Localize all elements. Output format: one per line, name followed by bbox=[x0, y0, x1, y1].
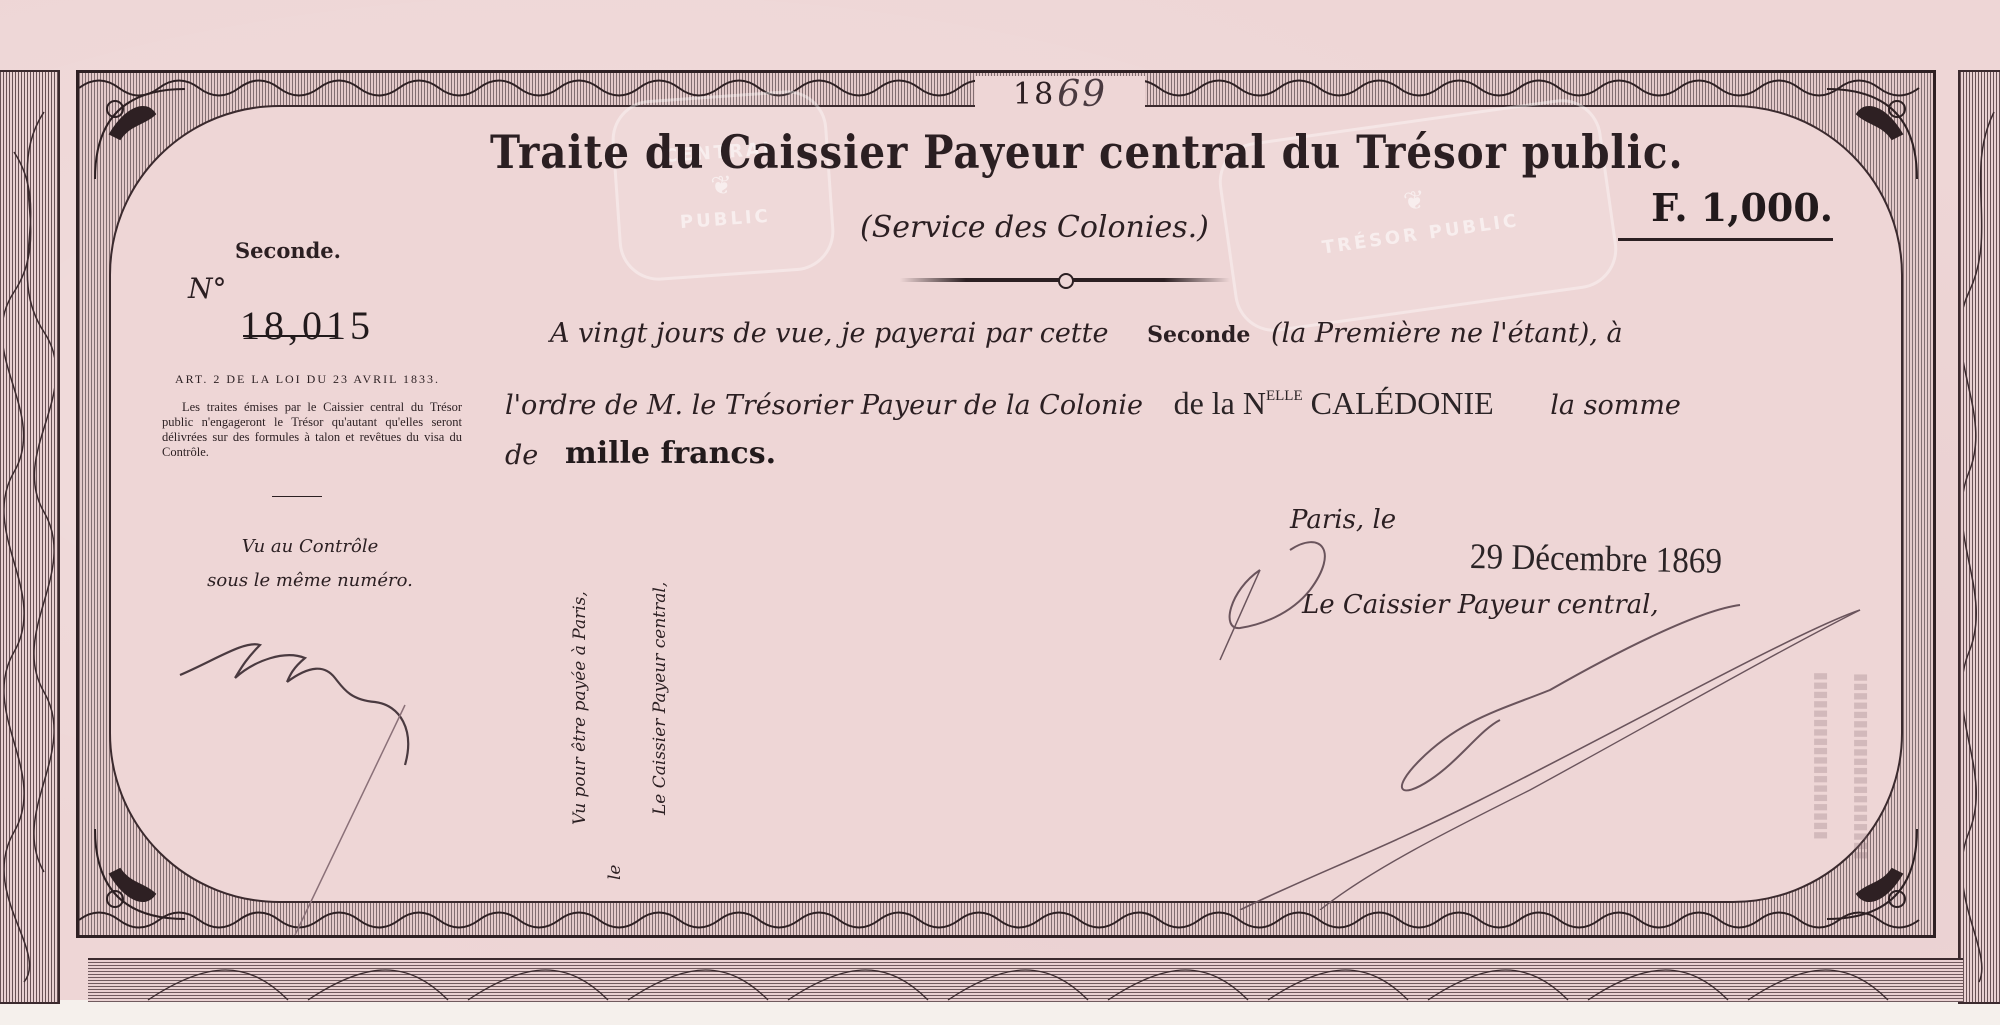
amount-words: mille francs. bbox=[565, 436, 776, 471]
cashier-signature-icon bbox=[1200, 530, 1960, 910]
document-title: Traite du Caissier Payeur central du Tré… bbox=[490, 125, 1458, 179]
number-prefix: N° bbox=[188, 272, 227, 305]
pencil-stroke-icon bbox=[285, 700, 415, 940]
vertical-note-line2: le bbox=[605, 865, 625, 881]
year-printed: 18 bbox=[1013, 77, 1055, 112]
stub-divider bbox=[272, 496, 322, 497]
colony-stamp: de la NELLE CALÉDONIE bbox=[1174, 385, 1494, 421]
left-stub-strip bbox=[0, 70, 60, 1004]
right-stub-strip bbox=[1958, 70, 2000, 1004]
vertical-note-line1: Vu pour être payée à Paris, bbox=[570, 591, 590, 825]
year-field: 18 69 bbox=[975, 76, 1145, 112]
body-line-1: A vingt jours de vue, je payerai par cet… bbox=[550, 318, 1623, 349]
serial-strike-line bbox=[243, 335, 338, 337]
vertical-note-line3: Le Caissier Payeur central, bbox=[650, 582, 670, 815]
flourish-ornament-icon bbox=[4, 92, 54, 992]
corner-ornament-icon bbox=[85, 79, 195, 189]
body-line-3-prefix: de bbox=[505, 440, 538, 471]
embossed-seal-left: CENTRAL ❦ PUBLIC bbox=[609, 88, 837, 284]
serial-number: 18,015 bbox=[240, 302, 374, 349]
amount-figure: F. 1,000. bbox=[1618, 185, 1833, 241]
copy-label: Seconde. bbox=[235, 238, 341, 263]
corner-ornament-icon bbox=[85, 819, 195, 929]
copy-keyword: Seconde bbox=[1147, 322, 1250, 348]
document-subtitle: (Service des Colonies.) bbox=[860, 210, 1209, 245]
body-line-2: l'ordre de M. le Trésorier Payeur de la … bbox=[505, 385, 1681, 422]
flourish-ornament-icon bbox=[1964, 92, 1998, 992]
laurel-icon: ❦ bbox=[1402, 185, 1431, 218]
flourish-ornament-icon bbox=[88, 960, 1963, 1002]
control-visa: Vu au Contrôle sous le même numéro. bbox=[160, 530, 460, 598]
law-reference: ART. 2 DE LA LOI DU 23 AVRIL 1833. bbox=[150, 372, 465, 387]
title-divider bbox=[900, 278, 1230, 282]
bottom-stub-strip bbox=[88, 958, 1963, 1002]
year-handwritten: 69 bbox=[1057, 74, 1107, 115]
corner-ornament-icon bbox=[1817, 79, 1927, 189]
law-notice: Les traites émises par le Caissier centr… bbox=[162, 400, 462, 460]
